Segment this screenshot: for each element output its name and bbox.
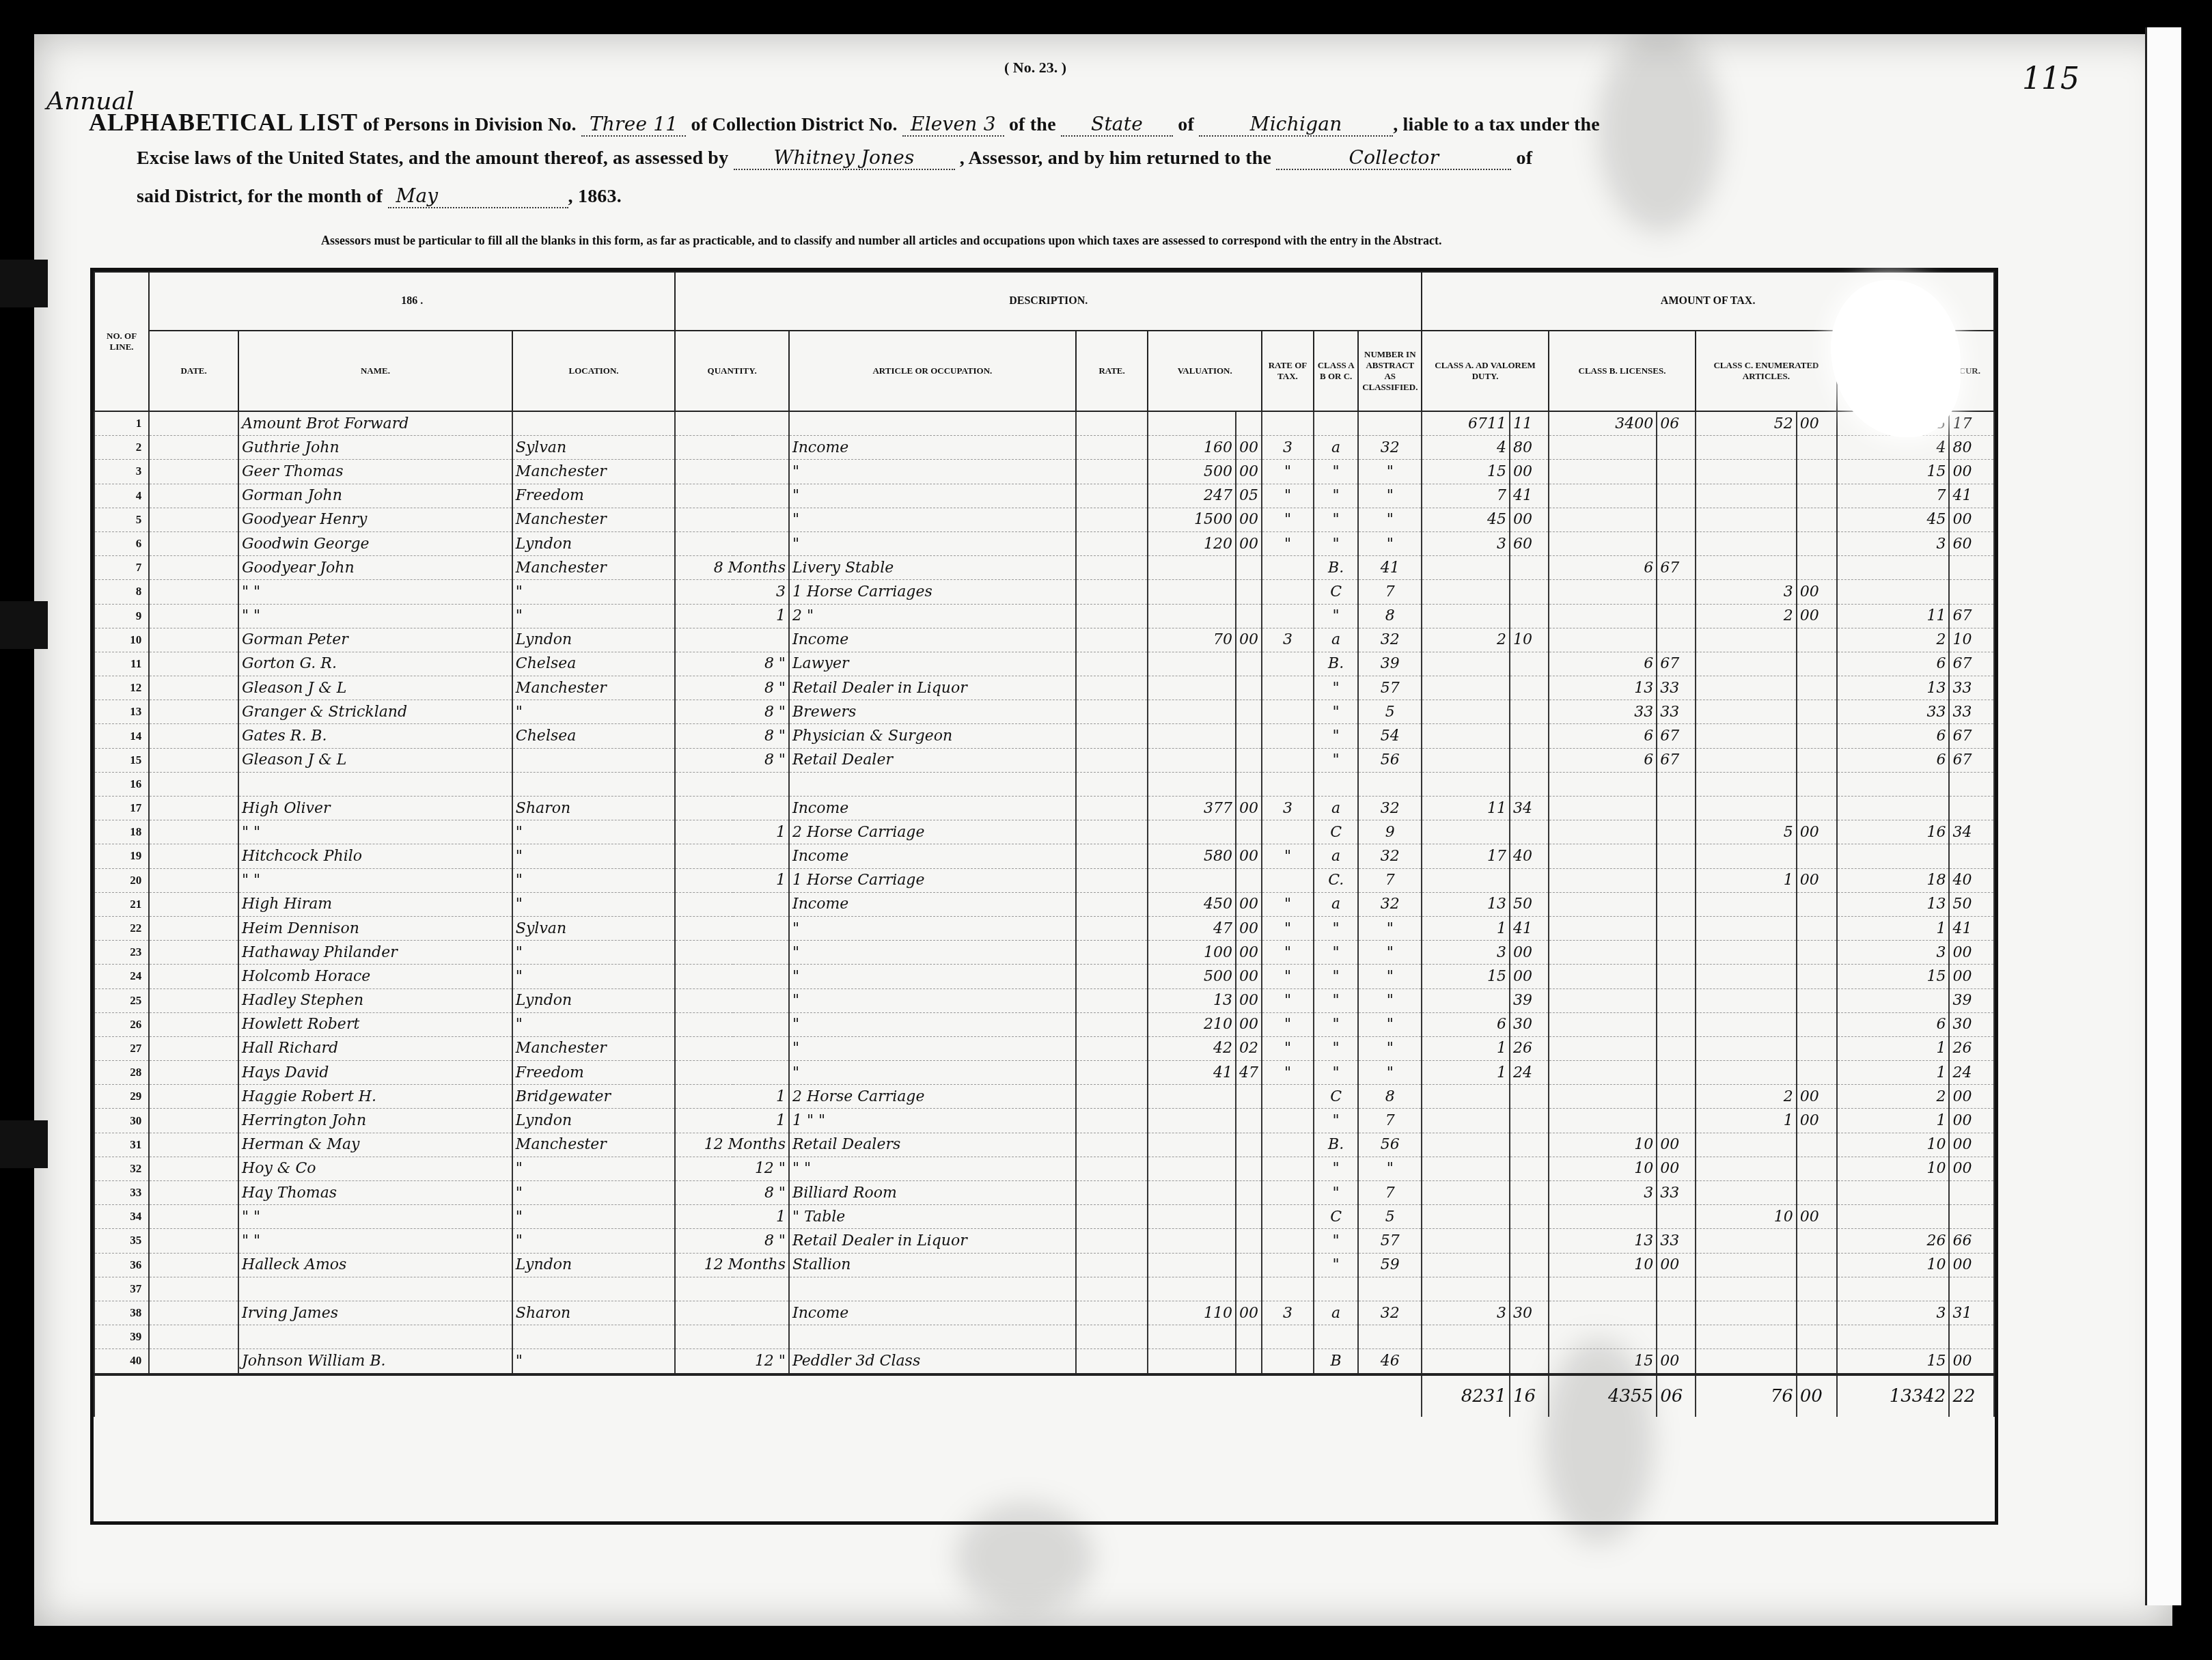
abstract-number-cell: 32 (1358, 628, 1422, 652)
article-cell (789, 772, 1076, 796)
name-cell: Johnson William B. (238, 1349, 512, 1374)
location-cell: Lyndon (512, 628, 675, 652)
line-number: 20 (94, 868, 149, 892)
name-cell: Granger & Strickland (238, 700, 512, 724)
abstract-number-cell (1358, 1277, 1422, 1301)
class-a-cents: 26 (1510, 1036, 1549, 1060)
class-a-dollars (1422, 748, 1510, 772)
class-a-cents (1510, 1085, 1549, 1109)
valuation-cents: 00 (1236, 965, 1262, 988)
table-row: 12Gleason J & LManchester8 "Retail Deale… (94, 676, 1994, 700)
rate-cell (1076, 724, 1148, 748)
class-c-cents (1797, 1349, 1837, 1374)
rate-of-tax-cell: " (1262, 916, 1314, 940)
valuation-dollars: 110 (1148, 1301, 1236, 1325)
article-cell: " (789, 965, 1076, 988)
rate-cell (1076, 1061, 1148, 1085)
class-cell: " (1314, 965, 1358, 988)
valuation-dollars: 42 (1148, 1036, 1236, 1060)
rate-cell (1076, 1157, 1148, 1180)
abstract-number-cell: 41 (1358, 556, 1422, 580)
line-number: 17 (94, 797, 149, 820)
total-dollars: 33 (1837, 700, 1950, 724)
class-b-cents: 67 (1657, 652, 1696, 676)
quantity-cell (675, 1012, 789, 1036)
class-cell: " (1314, 1061, 1358, 1085)
total-dollars (1837, 1325, 1950, 1349)
date-cell (149, 460, 238, 484)
class-cell: " (1314, 1229, 1358, 1253)
class-cell: " (1314, 1253, 1358, 1277)
class-c-dollars (1696, 941, 1797, 965)
class-cell: a (1314, 436, 1358, 460)
quantity-cell: 1 (675, 1085, 789, 1109)
class-a-dollars: 15 (1422, 460, 1510, 484)
location-cell (512, 411, 675, 436)
total-cents: 31 (1949, 1301, 1994, 1325)
table-row: 21High Hiram"Income45000"a3213501350 (94, 892, 1994, 916)
abstract-number-cell: 54 (1358, 724, 1422, 748)
name-cell: Halleck Amos (238, 1253, 512, 1277)
location-cell: Sylvan (512, 436, 675, 460)
class-a-cents (1510, 868, 1549, 892)
valuation-cents (1236, 1325, 1262, 1349)
class-cell: C (1314, 820, 1358, 844)
name-cell: Heim Dennison (238, 916, 512, 940)
line-number: 5 (94, 508, 149, 531)
class-b-cents (1657, 820, 1696, 844)
line-number: 15 (94, 748, 149, 772)
class-c-cents (1797, 797, 1837, 820)
total-dollars (1837, 1277, 1950, 1301)
class-c-dollars (1696, 531, 1797, 555)
class-a-dollars: 3 (1422, 531, 1510, 555)
name-cell: Goodyear Henry (238, 508, 512, 531)
class-a-dollars: 2 (1422, 628, 1510, 652)
name-cell: Gleason J & L (238, 748, 512, 772)
rate-cell (1076, 628, 1148, 652)
quantity-cell (675, 460, 789, 484)
col-header-quantity: Quantity. (675, 331, 789, 411)
location-cell: Sylvan (512, 916, 675, 940)
class-b-dollars: 13 (1549, 676, 1657, 700)
total-cents (1949, 1325, 1994, 1349)
article-cell: Physician & Surgeon (789, 724, 1076, 748)
quantity-cell (675, 531, 789, 555)
total-cents: 00 (1949, 941, 1994, 965)
abstract-number-cell: 57 (1358, 676, 1422, 700)
rate-cell (1076, 580, 1148, 604)
abstract-number-cell: 7 (1358, 868, 1422, 892)
name-cell: Goodyear John (238, 556, 512, 580)
class-b-cents: 00 (1657, 1349, 1696, 1374)
class-c-dollars (1696, 1253, 1797, 1277)
class-c-cents: 00 (1797, 1205, 1837, 1229)
total-dollars: 15 (1837, 965, 1950, 988)
class-a-dollars (1422, 1253, 1510, 1277)
total-cents: 39 (1949, 988, 1994, 1012)
total-dollars (1837, 797, 1950, 820)
name-cell: Holcomb Horace (238, 965, 512, 988)
class-b-cents: 67 (1657, 724, 1696, 748)
class-c-dollars (1696, 1301, 1797, 1325)
valuation-dollars (1148, 1349, 1236, 1374)
rate-cell (1076, 652, 1148, 676)
col-group-year: 186 . (149, 272, 675, 331)
valuation-dollars: 210 (1148, 1012, 1236, 1036)
valuation-dollars: 500 (1148, 460, 1236, 484)
table-row: 31Herman & MayManchester12 MonthsRetail … (94, 1133, 1994, 1157)
location-cell: " (512, 820, 675, 844)
rate-cell (1076, 676, 1148, 700)
location-cell: " (512, 892, 675, 916)
class-c-cents (1797, 700, 1837, 724)
class-b-dollars: 6 (1549, 724, 1657, 748)
quantity-cell: 12 Months (675, 1253, 789, 1277)
class-b-dollars (1549, 1061, 1657, 1085)
class-a-dollars: 13 (1422, 892, 1510, 916)
line-number: 6 (94, 531, 149, 555)
total-dollars: 15 (1837, 1349, 1950, 1374)
total-cents: 00 (1949, 460, 1994, 484)
total-cents (1949, 1205, 1994, 1229)
class-a-dollars (1422, 1109, 1510, 1133)
abstract-number-cell: 7 (1358, 1181, 1422, 1205)
class-b-cents (1657, 580, 1696, 604)
article-cell: 2 Horse Carriage (789, 820, 1076, 844)
location-cell: Lyndon (512, 988, 675, 1012)
total-dollars: 10 (1837, 1133, 1950, 1157)
rate-cell (1076, 531, 1148, 555)
date-cell (149, 916, 238, 940)
location-cell (512, 1325, 675, 1349)
rate-of-tax-cell (1262, 724, 1314, 748)
quantity-cell: 1 (675, 1205, 789, 1229)
class-c-dollars (1696, 700, 1797, 724)
abstract-number-cell: " (1358, 1036, 1422, 1060)
total-dollars (1837, 580, 1950, 604)
class-c-dollars (1696, 1157, 1797, 1180)
col-group-description: Description. (675, 272, 1422, 331)
total-cents: 00 (1949, 508, 1994, 531)
abstract-number-cell (1358, 1325, 1422, 1349)
valuation-dollars: 47 (1148, 916, 1236, 940)
quantity-cell: 1 (675, 1109, 789, 1133)
article-cell: Peddler 3d Class (789, 1349, 1076, 1374)
rate-of-tax-cell: " (1262, 484, 1314, 508)
total-cents: 60 (1949, 531, 1994, 555)
location-cell: " (512, 1157, 675, 1180)
class-b-cents: 00 (1657, 1157, 1696, 1180)
name-cell: Hathaway Philander (238, 941, 512, 965)
col-header-rate: Rate. (1076, 331, 1148, 411)
class-b-cents: 67 (1657, 556, 1696, 580)
class-b-dollars (1549, 941, 1657, 965)
rate-of-tax-cell: " (1262, 892, 1314, 916)
class-c-dollars (1696, 724, 1797, 748)
table-row: 20" ""11 Horse CarriageC.71001840 (94, 868, 1994, 892)
rate-cell (1076, 892, 1148, 916)
total-cents: 17 (1949, 411, 1994, 436)
valuation-dollars (1148, 556, 1236, 580)
class-cell: " (1314, 988, 1358, 1012)
quantity-cell (675, 411, 789, 436)
table-row: 37 (94, 1277, 1994, 1301)
class-a-dollars: 1 (1422, 1036, 1510, 1060)
line-number: 28 (94, 1061, 149, 1085)
table-row: 30Herrington JohnLyndon11 " ""7100100 (94, 1109, 1994, 1133)
class-a-cents (1510, 1325, 1549, 1349)
table-row: 1Amount Brot Forward67111134000652001122… (94, 411, 1994, 436)
class-c-dollars: 1 (1696, 1109, 1797, 1133)
abstract-number-cell: 7 (1358, 1109, 1422, 1133)
class-a-cents (1510, 604, 1549, 628)
class-a-dollars (1422, 1205, 1510, 1229)
article-cell (789, 1325, 1076, 1349)
table-row: 5Goodyear HenryManchester"150000"""45004… (94, 508, 1994, 531)
total-cents (1949, 844, 1994, 868)
name-cell: Geer Thomas (238, 460, 512, 484)
class-a-cents: 00 (1510, 965, 1549, 988)
abstract-number-cell: " (1358, 508, 1422, 531)
class-a-dollars (1422, 772, 1510, 796)
line-number: 1 (94, 411, 149, 436)
quantity-cell (675, 628, 789, 652)
date-cell (149, 797, 238, 820)
class-cell: C (1314, 1205, 1358, 1229)
binding-clip (0, 601, 48, 649)
class-c-cents (1797, 941, 1837, 965)
abstract-number-cell: " (1358, 1061, 1422, 1085)
class-cell: " (1314, 1181, 1358, 1205)
class-b-dollars (1549, 1205, 1657, 1229)
class-b-cents (1657, 772, 1696, 796)
date-cell (149, 411, 238, 436)
class-cell: C. (1314, 868, 1358, 892)
name-cell (238, 772, 512, 796)
class-c-cents (1797, 1012, 1837, 1036)
class-cell: C (1314, 1085, 1358, 1109)
name-cell: Hays David (238, 1061, 512, 1085)
abstract-number-cell: " (1358, 1157, 1422, 1180)
date-cell (149, 988, 238, 1012)
valuation-dollars (1148, 868, 1236, 892)
article-cell: Brewers (789, 700, 1076, 724)
name-cell: Gates R. B. (238, 724, 512, 748)
class-a-dollars (1422, 988, 1510, 1012)
rate-of-tax-cell (1262, 1157, 1314, 1180)
total-dollars: 3 (1837, 1301, 1950, 1325)
valuation-cents: 00 (1236, 844, 1262, 868)
total-cents: 00 (1949, 1349, 1994, 1374)
rate-cell (1076, 941, 1148, 965)
class-cell: " (1314, 700, 1358, 724)
rate-cell (1076, 1349, 1148, 1374)
class-c-dollars (1696, 916, 1797, 940)
name-cell: " " (238, 1229, 512, 1253)
rate-cell (1076, 965, 1148, 988)
rate-of-tax-cell: 3 (1262, 628, 1314, 652)
valuation-cents: 00 (1236, 1301, 1262, 1325)
name-cell: Goodwin George (238, 531, 512, 555)
valuation-cents (1236, 868, 1262, 892)
class-c-cents (1797, 1157, 1837, 1180)
article-cell: Stallion (789, 1253, 1076, 1277)
date-cell (149, 508, 238, 531)
class-a-cents: 40 (1510, 844, 1549, 868)
location-cell: Manchester (512, 676, 675, 700)
valuation-cents (1236, 556, 1262, 580)
location-cell: " (512, 580, 675, 604)
total-cents: 10 (1949, 628, 1994, 652)
location-cell: " (512, 965, 675, 988)
class-a-dollars: 6711 (1422, 411, 1510, 436)
class-cell: " (1314, 916, 1358, 940)
total-dollars: 4 (1837, 436, 1950, 460)
location-cell: " (512, 700, 675, 724)
valuation-dollars (1148, 1277, 1236, 1301)
rate-cell (1076, 1133, 1148, 1157)
class-a-cents (1510, 1109, 1549, 1133)
date-cell (149, 531, 238, 555)
class-cell: B (1314, 1349, 1358, 1374)
total-cents: 67 (1949, 748, 1994, 772)
col-header-abstract-number: Number in Abstract as Classified. (1358, 331, 1422, 411)
rate-cell (1076, 1036, 1148, 1060)
class-b-dollars (1549, 797, 1657, 820)
quantity-cell (675, 988, 789, 1012)
class-a-dollars (1422, 1277, 1510, 1301)
quantity-cell: 8 " (675, 1229, 789, 1253)
class-a-dollars: 1 (1422, 916, 1510, 940)
class-c-dollars: 10 (1696, 1205, 1797, 1229)
location-cell: Lyndon (512, 1253, 675, 1277)
valuation-cents (1236, 1085, 1262, 1109)
class-b-cents (1657, 628, 1696, 652)
class-b-dollars (1549, 868, 1657, 892)
class-c-dollars (1696, 844, 1797, 868)
class-c-cents: 00 (1797, 820, 1837, 844)
class-c-dollars (1696, 772, 1797, 796)
abstract-number-cell: 32 (1358, 892, 1422, 916)
line-number: 21 (94, 892, 149, 916)
location-cell: Lyndon (512, 531, 675, 555)
rate-of-tax-cell (1262, 1229, 1314, 1253)
class-a-cents: 30 (1510, 1012, 1549, 1036)
class-a-dollars (1422, 676, 1510, 700)
table-row: 17High OliverSharonIncome377003a321134 (94, 797, 1994, 820)
rate-cell (1076, 1205, 1148, 1229)
col-header-class-a: Class A. Ad Valorem Duty. (1422, 331, 1549, 411)
class-b-dollars (1549, 460, 1657, 484)
table-row: 27Hall RichardManchester"4202"""126126 (94, 1036, 1994, 1060)
class-b-cents (1657, 965, 1696, 988)
valuation-dollars (1148, 580, 1236, 604)
valuation-cents (1236, 700, 1262, 724)
rate-of-tax-cell: " (1262, 988, 1314, 1012)
class-b-cents (1657, 1325, 1696, 1349)
total-cents: 26 (1949, 1036, 1994, 1060)
name-cell: " " (238, 820, 512, 844)
date-cell (149, 965, 238, 988)
class-cell: " (1314, 748, 1358, 772)
class-a-dollars (1422, 820, 1510, 844)
quantity-cell (675, 436, 789, 460)
rate-of-tax-cell (1262, 580, 1314, 604)
class-cell (1314, 411, 1358, 436)
line-number: 18 (94, 820, 149, 844)
table-row: 39 (94, 1325, 1994, 1349)
article-cell: Retail Dealer (789, 748, 1076, 772)
class-cell: " (1314, 484, 1358, 508)
class-c-cents (1797, 1133, 1837, 1157)
article-cell: " (789, 916, 1076, 940)
name-cell (238, 1277, 512, 1301)
rate-cell (1076, 988, 1148, 1012)
class-cell: B. (1314, 1133, 1358, 1157)
valuation-dollars (1148, 1205, 1236, 1229)
class-b-cents (1657, 1205, 1696, 1229)
date-cell (149, 724, 238, 748)
class-b-cents: 33 (1657, 1229, 1696, 1253)
total-dollars: 1 (1837, 1061, 1950, 1085)
class-b-cents (1657, 508, 1696, 531)
line-number: 40 (94, 1349, 149, 1374)
class-c-cents (1797, 844, 1837, 868)
class-a-cents: 39 (1510, 988, 1549, 1012)
location-cell: Bridgewater (512, 1085, 675, 1109)
date-cell (149, 1109, 238, 1133)
class-b-dollars (1549, 916, 1657, 940)
table-row: 32Hoy & Co"12 "" """10001000 (94, 1157, 1994, 1180)
page-number: 115 (2022, 61, 2079, 96)
class-c-dollars: 2 (1696, 1085, 1797, 1109)
class-c-cents (1797, 724, 1837, 748)
class-b-cents: 67 (1657, 748, 1696, 772)
class-b-cents: 00 (1657, 1253, 1696, 1277)
class-a-dollars (1422, 1157, 1510, 1180)
valuation-dollars (1148, 676, 1236, 700)
location-cell (512, 1277, 675, 1301)
class-c-cents: 00 (1797, 580, 1837, 604)
quantity-cell: 3 (675, 580, 789, 604)
article-cell: Retail Dealers (789, 1133, 1076, 1157)
class-b-cents: 33 (1657, 676, 1696, 700)
class-a-cents (1510, 580, 1549, 604)
rate-of-tax-cell (1262, 1205, 1314, 1229)
col-header-line-no: No. of Line. (94, 272, 149, 411)
class-c-cents: 00 (1797, 1085, 1837, 1109)
article-cell (789, 1277, 1076, 1301)
name-cell: Gorton G. R. (238, 652, 512, 676)
rate-cell (1076, 1109, 1148, 1133)
total-dollars (1837, 1205, 1950, 1229)
quantity-cell: 12 " (675, 1157, 789, 1180)
rate-of-tax-cell: " (1262, 1036, 1314, 1060)
class-b-dollars (1549, 844, 1657, 868)
abstract-number-cell: 32 (1358, 436, 1422, 460)
article-cell: Livery Stable (789, 556, 1076, 580)
location-cell: Chelsea (512, 724, 675, 748)
table-row: 35" ""8 "Retail Dealer in Liquor"5713332… (94, 1229, 1994, 1253)
article-cell: 2 Horse Carriage (789, 1085, 1076, 1109)
class-b-cents (1657, 1301, 1696, 1325)
class-b-cents (1657, 941, 1696, 965)
class-c-dollars (1696, 1133, 1797, 1157)
class-b-dollars (1549, 892, 1657, 916)
rate-cell (1076, 1012, 1148, 1036)
rate-of-tax-cell (1262, 1085, 1314, 1109)
